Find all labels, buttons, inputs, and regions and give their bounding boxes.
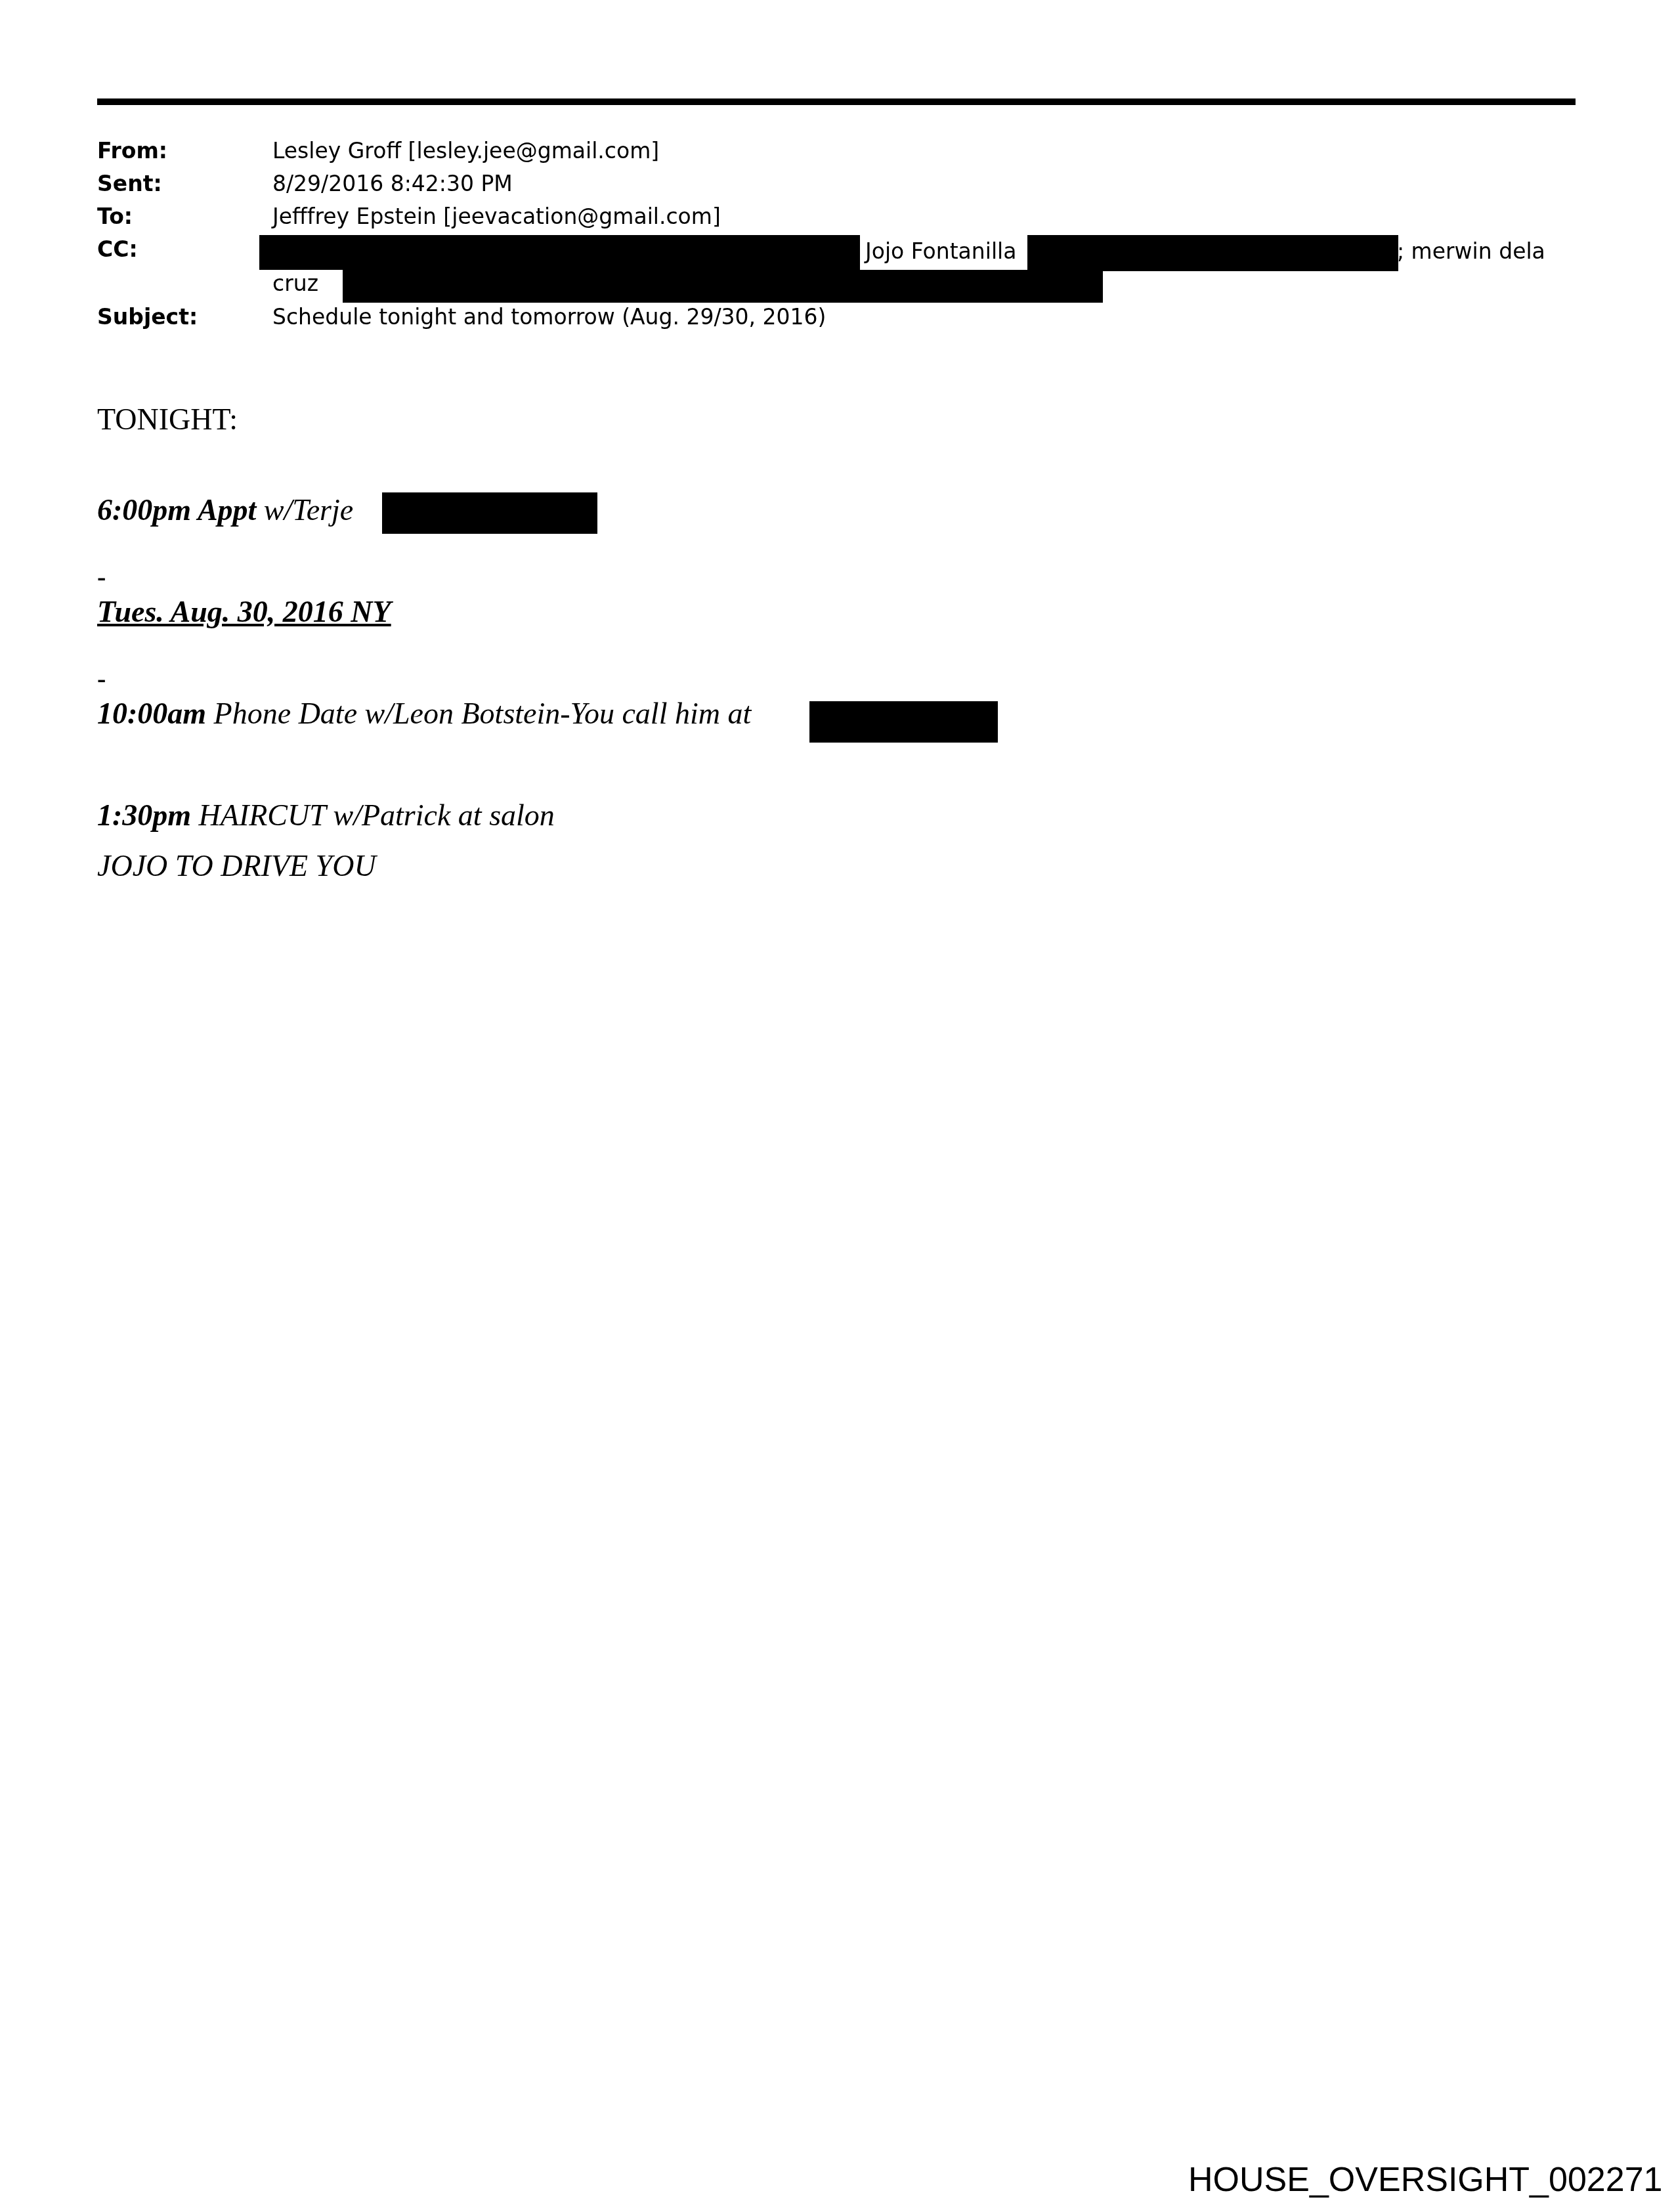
appointment-item-1: 6:00pm Appt w/Terje xyxy=(97,492,353,528)
sent-label: Sent: xyxy=(97,171,162,197)
cc-redaction-2 xyxy=(1027,235,1398,271)
cc-redaction-1 xyxy=(259,235,860,270)
date-heading: Tues. Aug. 30, 2016 NY xyxy=(97,594,391,630)
item2-time: 10:00am xyxy=(97,697,206,730)
cc-name-merwin: ; merwin dela xyxy=(1397,238,1545,265)
body-redaction-2 xyxy=(809,701,998,743)
separator-dash-1: - xyxy=(97,561,106,592)
body-redaction-1 xyxy=(382,492,597,534)
appointment-item-3: 1:30pm HAIRCUT w/Patrick at salon xyxy=(97,798,555,833)
subject-label: Subject: xyxy=(97,304,198,330)
appointment-item-2: 10:00am Phone Date w/Leon Botstein-You c… xyxy=(97,696,751,731)
cc-name-cruz: cruz xyxy=(272,271,318,297)
cc-name-jojo: Jojo Fontanilla xyxy=(865,238,1016,265)
item3-time: 1:30pm xyxy=(97,798,191,832)
header-rule xyxy=(97,98,1576,105)
from-value: Lesley Groff [lesley.jee@gmail.com] xyxy=(272,138,659,164)
from-label: From: xyxy=(97,138,167,164)
item1-text: w/Terje xyxy=(256,493,353,527)
cc-redaction-3 xyxy=(343,270,1103,303)
tonight-heading: TONIGHT: xyxy=(97,402,238,437)
item3-text: HAIRCUT w/Patrick at salon xyxy=(191,798,555,832)
bates-number: HOUSE_OVERSIGHT_002271 xyxy=(1188,2160,1663,2200)
cc-label: CC: xyxy=(97,236,138,263)
subject-value: Schedule tonight and tomorrow (Aug. 29/3… xyxy=(272,304,826,330)
to-value: Jefffrey Epstein [jeevacation@gmail.com] xyxy=(272,204,721,230)
sent-value: 8/29/2016 8:42:30 PM xyxy=(272,171,513,197)
to-label: To: xyxy=(97,204,133,230)
item1-time: 6:00pm Appt xyxy=(97,493,256,527)
item2-text: Phone Date w/Leon Botstein-You call him … xyxy=(206,697,751,730)
item3-note: JOJO TO DRIVE YOU xyxy=(97,848,376,884)
separator-dash-2: - xyxy=(97,663,106,694)
